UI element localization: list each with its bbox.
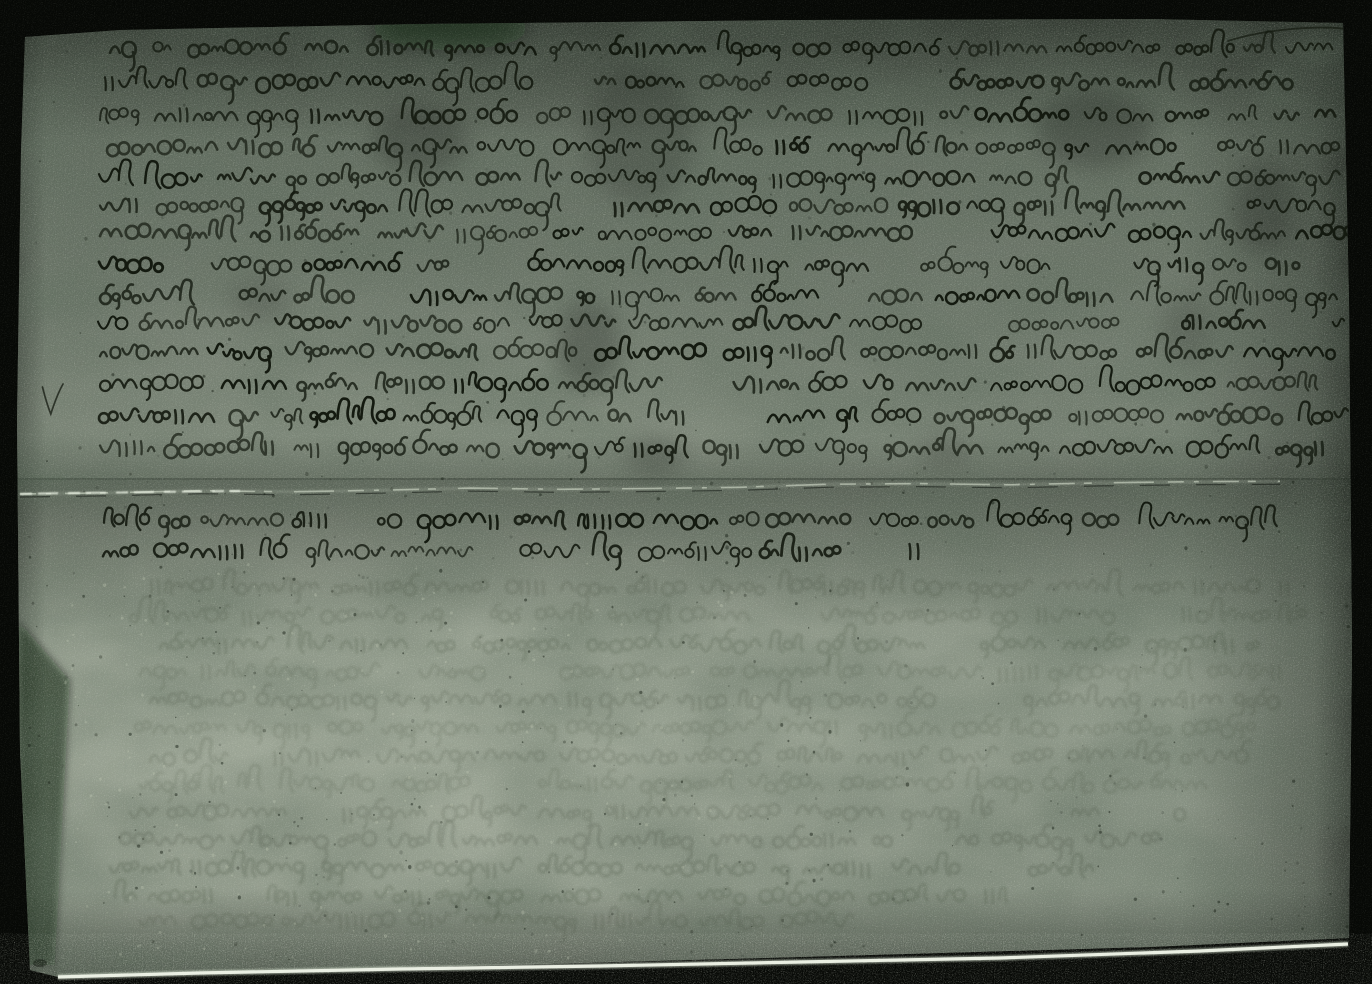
bottom-strip-texture (0, 936, 1372, 984)
manuscript-page (0, 0, 1372, 984)
manuscript-scene (0, 0, 1372, 984)
manuscript-photograph (0, 0, 1372, 984)
